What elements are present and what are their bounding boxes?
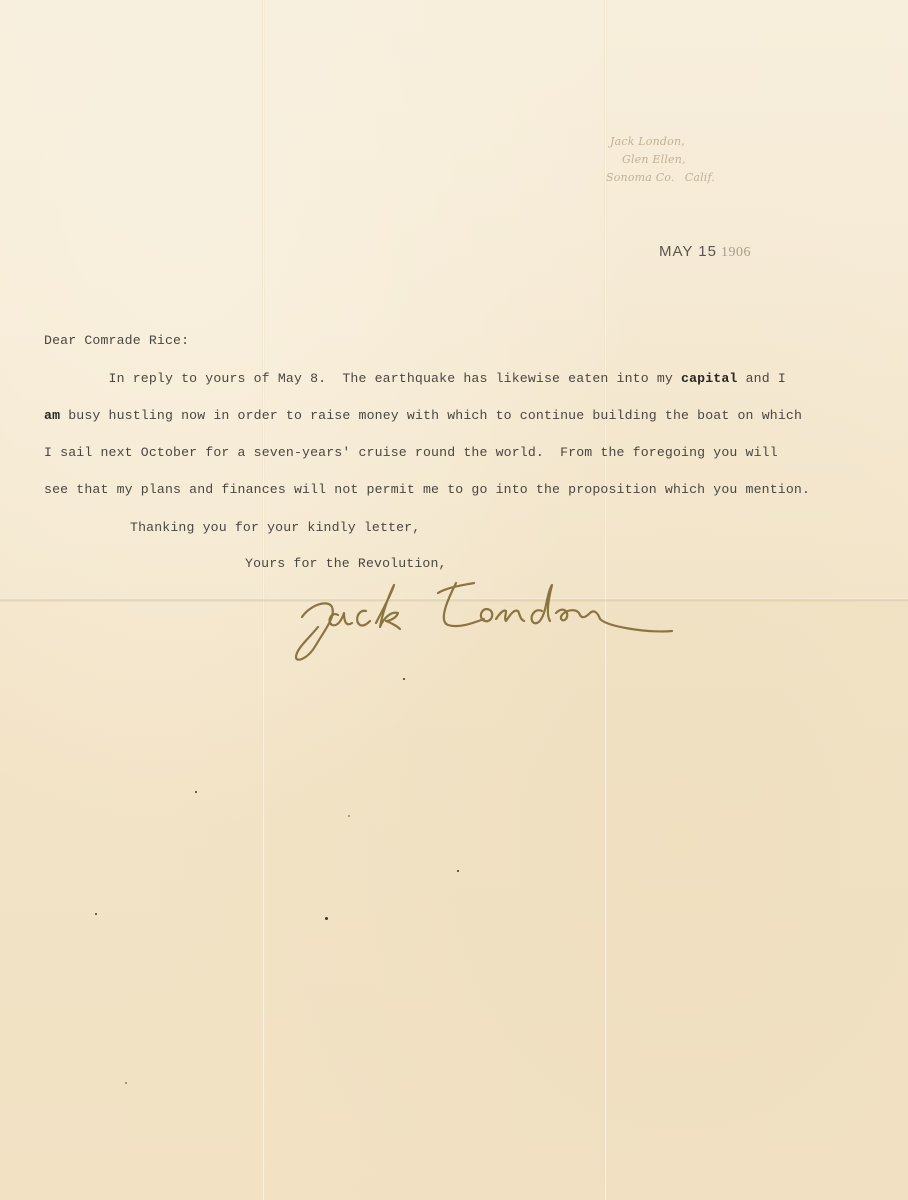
paper-speck [195,791,197,793]
paper-speck [95,913,97,915]
closing-valediction: Yours for the Revolution, [245,556,447,571]
letterhead-state: Calif. [685,171,715,184]
paper-speck [325,917,328,920]
body-text-overstruck: am [44,408,60,423]
letterhead-county-line: Sonoma Co.Calif. [606,169,715,187]
paper-speck [125,1082,127,1084]
paper-upper-panel [0,0,908,600]
salutation: Dear Comrade Rice: [44,333,189,348]
letterhead-address: Jack London, Glen Ellen, Sonoma Co.Calif… [606,133,715,187]
date-stamp-year: 1906 [721,245,751,260]
signature-jack-london [288,575,688,670]
body-text: busy hustling now in order to raise mone… [60,408,802,423]
body-text-overstruck: capital [681,371,737,386]
body-line-3: I sail next October for a seven-years' c… [44,445,778,460]
body-text: I sail next October for a seven-years' c… [44,445,778,460]
letterhead-name: Jack London, [606,133,715,151]
letterhead-place: Glen Ellen, [606,151,715,169]
closing-thanks: Thanking you for your kindly letter, [130,520,420,535]
body-paragraph: In reply to yours of May 8. The earthqua… [44,371,76,461]
body-line-4: see that my plans and finances will not … [44,482,810,497]
letterhead-county: Sonoma Co. [606,171,675,184]
date-stamp: MAY 151906 [659,243,751,261]
body-text: and I [738,371,786,386]
body-line-2: am busy hustling now in order to raise m… [44,408,802,423]
body-line-1: In reply to yours of May 8. The earthqua… [44,371,786,386]
paper-speck [457,870,459,872]
paper-speck [348,815,350,817]
body-text: see that my plans and finances will not … [44,482,810,497]
body-text: In reply to yours of May 8. The earthqua… [44,371,681,386]
letter-page: Jack London, Glen Ellen, Sonoma Co.Calif… [0,0,908,1200]
date-stamp-month-day: MAY 15 [659,243,717,260]
paper-speck [403,678,405,680]
